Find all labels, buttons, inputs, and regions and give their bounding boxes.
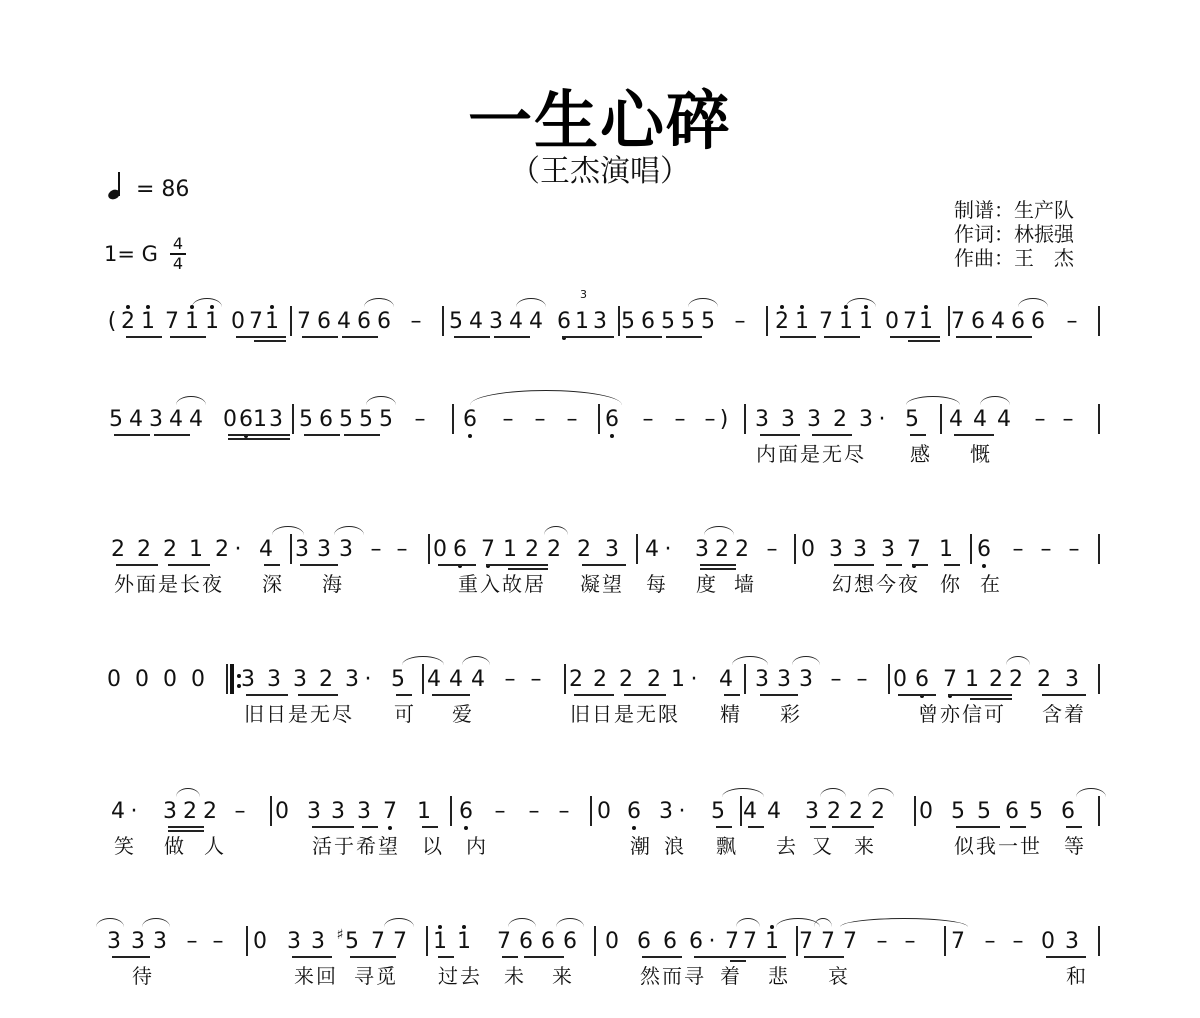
note: 3 (106, 929, 122, 955)
beam-underline (298, 694, 338, 696)
time-signature-bottom: 4 (170, 256, 186, 272)
note: 2 (202, 799, 218, 825)
note: 6 (318, 407, 334, 433)
note: 4 (128, 407, 144, 433)
dash-extension: – (828, 667, 844, 693)
note: 7 (296, 309, 312, 335)
beam-underline (432, 694, 470, 696)
note: 3 (162, 799, 178, 825)
note: 5 (904, 407, 920, 433)
note: 3 (828, 537, 844, 563)
dash-extension: – (1064, 309, 1080, 335)
beam-underline (944, 564, 960, 566)
barline (1098, 306, 1100, 336)
note: 1 (184, 309, 200, 335)
note: 4 (948, 407, 964, 433)
repeat-start-barline (230, 664, 234, 694)
tempo-marking: = 86 (108, 172, 189, 202)
note: 6 (1010, 309, 1026, 335)
note: 0 (274, 799, 290, 825)
lyric-text: 未 (504, 964, 526, 988)
beam-underline (302, 336, 338, 338)
dash-extension: – (502, 667, 518, 693)
note: 3 (130, 929, 146, 955)
note: 1 (188, 537, 204, 563)
tie-slur (556, 918, 584, 927)
tie-slur (1018, 298, 1048, 307)
barline (594, 926, 596, 956)
beam-underline (168, 830, 204, 832)
note: 3 (858, 407, 874, 433)
barline (948, 306, 950, 336)
note: 6 (976, 537, 992, 563)
note: 3 (754, 407, 770, 433)
lyric-text: 然而寻 (640, 964, 706, 988)
lyric-text: 彩 (780, 702, 802, 726)
note: 4 (258, 537, 274, 563)
dash-extension: – (902, 929, 918, 955)
note: 1 (858, 309, 874, 335)
barline (590, 796, 592, 826)
barline (598, 404, 600, 434)
note: 1 (456, 929, 472, 955)
tie-slur (544, 526, 568, 535)
barline (1098, 404, 1100, 434)
barline (290, 306, 292, 336)
note: 6 (356, 309, 372, 335)
dash-extension: – (532, 407, 548, 433)
key-signature: 1= G (104, 242, 158, 266)
lyric-text: 人 (204, 834, 226, 858)
note: 3 (804, 799, 820, 825)
note: 2 (832, 407, 848, 433)
beam-underline (834, 564, 874, 566)
beam-underline (362, 826, 378, 828)
barline (564, 664, 566, 694)
note: 1 (794, 309, 810, 335)
beam-underline (486, 564, 548, 566)
dash-extension: – (184, 929, 200, 955)
note: 4 (470, 667, 486, 693)
beam-underline (438, 564, 476, 566)
lyric-text: 和 (1066, 964, 1088, 988)
note: 4 (990, 309, 1006, 335)
lyric-text: 内面是无尽 (756, 442, 866, 466)
lyric-text: 外面是长夜 (114, 572, 224, 596)
note: 5 (358, 407, 374, 433)
note: 2 (734, 537, 750, 563)
dash-extension: – (672, 407, 688, 433)
note: 5 (620, 309, 636, 335)
note: 5 (680, 309, 696, 335)
tie-slur (1006, 656, 1030, 665)
beam-underline (254, 340, 286, 342)
note: 1 (204, 309, 220, 335)
tie-slur (96, 918, 124, 927)
beam-underline (494, 336, 530, 338)
music-score-sheet: 一生心碎 （王杰演唱） = 86 1= G 4 4 制谱：生产队 作词：林振强 … (0, 0, 1200, 1018)
beam-underline (524, 956, 564, 958)
beam-underline (112, 956, 150, 958)
note: 3 (286, 929, 302, 955)
dash-extension: – (982, 929, 998, 955)
note: 4 (718, 667, 734, 693)
dash-extension: – (394, 537, 410, 563)
note: 1 (416, 799, 432, 825)
dot-augmentation: · (686, 667, 702, 693)
note: 4 (448, 667, 464, 693)
tie-slur (906, 396, 960, 405)
lyric-text: 旧日是无限 (570, 702, 680, 726)
note: 0 (106, 667, 122, 693)
dash-extension: – (1010, 929, 1026, 955)
note: 3 (294, 537, 310, 563)
note: 3 (852, 537, 868, 563)
barline (450, 796, 452, 826)
tie-slur (176, 788, 200, 797)
tie-slur (176, 396, 206, 405)
dash-extension: – (412, 407, 428, 433)
note: 5 (448, 309, 464, 335)
note: 1 (140, 309, 156, 335)
tie-slur (402, 656, 444, 665)
note: 7 (248, 309, 264, 335)
lyric-text: 精 (720, 702, 742, 726)
note: 5 (344, 929, 360, 955)
dash-extension: – (1060, 407, 1076, 433)
note: 5 (1028, 799, 1044, 825)
note: 7 (742, 929, 758, 955)
note: 0 (1040, 929, 1056, 955)
beam-underline (312, 826, 354, 828)
lyric-text: 凝望 (580, 572, 624, 596)
tie-slur (192, 298, 222, 307)
lyric-text: 哀 (828, 964, 850, 988)
note: 7 (902, 309, 918, 335)
barline (970, 534, 972, 564)
dash-extension: – (1038, 537, 1054, 563)
note: 6 (688, 929, 704, 955)
dash-extension: – (526, 799, 542, 825)
note: 4 (528, 309, 544, 335)
note: 6 (540, 929, 556, 955)
credit-composer: 作曲：王 杰 (954, 246, 1074, 270)
beam-underline (748, 826, 764, 828)
dot-augmentation: · (704, 929, 720, 955)
beam-underline (246, 694, 288, 696)
beam-underline (228, 434, 290, 436)
tie-slur (732, 656, 768, 665)
quarter-note-icon (108, 172, 122, 202)
note: 0 (432, 537, 448, 563)
beam-underline (780, 336, 816, 338)
beam-underline (804, 956, 844, 958)
note: 0 (230, 309, 246, 335)
note: 7 (724, 929, 740, 955)
tie-slur (792, 656, 820, 665)
note: 6 (1060, 799, 1076, 825)
tie-slur (334, 526, 364, 535)
beam-underline (1066, 826, 1082, 828)
dash-extension: – (500, 407, 516, 433)
note: 2 (774, 309, 790, 335)
note: 0 (596, 799, 612, 825)
note: 1 (838, 309, 854, 335)
note: ) (716, 407, 732, 433)
note: 3 (488, 309, 504, 335)
beam-underline (344, 434, 380, 436)
barline (1098, 534, 1100, 564)
barline (1098, 926, 1100, 956)
note: 7 (842, 929, 858, 955)
note: 3 (240, 667, 256, 693)
dot-augmentation: · (230, 537, 246, 563)
barline (744, 664, 746, 694)
note: 6 (1030, 309, 1046, 335)
note: 0 (884, 309, 900, 335)
dash-extension: – (874, 929, 890, 955)
note: 3 (148, 407, 164, 433)
note: 7 (820, 929, 836, 955)
note: 3 (268, 407, 284, 433)
lyric-text: 在 (980, 572, 1002, 596)
lyric-text: 来 (854, 834, 876, 858)
note: 2 (120, 309, 136, 335)
note: 2 (870, 799, 886, 825)
barline (226, 664, 228, 694)
beam-underline (582, 564, 626, 566)
note: 5 (660, 309, 676, 335)
tie-slur (516, 298, 546, 307)
tie-slur (722, 788, 764, 797)
barline (292, 404, 294, 434)
note: 3 (266, 667, 282, 693)
note: 3 (1064, 929, 1080, 955)
note: 1 (918, 309, 934, 335)
dash-extension: – (528, 667, 544, 693)
note: 6 (604, 407, 620, 433)
lyric-text: 活于希望 (312, 834, 400, 858)
tie-slur (462, 656, 490, 665)
tie-slur (814, 918, 832, 927)
lyric-text: 可 (394, 702, 416, 726)
tie-slur (470, 390, 622, 405)
note: 6 (626, 799, 642, 825)
note: 0 (162, 667, 178, 693)
barline (246, 926, 248, 956)
dash-extension: – (1032, 407, 1048, 433)
note: 1 (252, 407, 268, 433)
dash-extension: – (368, 537, 384, 563)
beam-underline (760, 694, 798, 696)
note: 4 (426, 667, 442, 693)
time-signature-top: 4 (170, 236, 186, 252)
note: ( (104, 309, 120, 335)
lyric-text: 寻觅 (354, 964, 398, 988)
note: 0 (604, 929, 620, 955)
beam-underline (810, 826, 826, 828)
dash-extension: – (408, 309, 424, 335)
barline (744, 404, 746, 434)
note: 5 (108, 407, 124, 433)
lyric-text: 浪 (664, 834, 686, 858)
dash-extension: – (556, 799, 572, 825)
note: 3 (152, 929, 168, 955)
repeat-dot (237, 674, 241, 678)
tie-slur (364, 298, 394, 307)
note: 7 (950, 309, 966, 335)
note: 6 (458, 799, 474, 825)
note: 6 (452, 537, 468, 563)
beam-underline (832, 826, 874, 828)
note: 2 (576, 537, 592, 563)
note: 5 (710, 799, 726, 825)
note: 7 (496, 929, 512, 955)
dot-augmentation: · (874, 407, 890, 433)
lyric-text: 含着 (1042, 702, 1086, 726)
note: 7 (906, 537, 922, 563)
lyric-text: 爱 (452, 702, 474, 726)
barline (422, 664, 424, 694)
barline (940, 404, 942, 434)
note: 3 (592, 309, 608, 335)
note: 6 (556, 309, 572, 335)
dash-extension: – (1010, 537, 1026, 563)
note: 1 (764, 929, 780, 955)
lyric-text: 重入故居 (458, 572, 546, 596)
note: 3 (604, 537, 620, 563)
barline (914, 796, 916, 826)
note: 2 (646, 667, 662, 693)
note: 2 (618, 667, 634, 693)
tie-slur (980, 396, 1010, 405)
lyric-text: 悲 (768, 964, 790, 988)
dash-extension: – (854, 667, 870, 693)
lyric-text: 海 (322, 572, 344, 596)
note: 0 (134, 667, 150, 693)
beam-underline (760, 434, 800, 436)
note: 6 (462, 407, 478, 433)
note: 6 (1004, 799, 1020, 825)
beam-underline (996, 336, 1032, 338)
tie-slur (840, 918, 968, 927)
barline (1098, 796, 1100, 826)
note: 3 (658, 799, 674, 825)
note: 2 (1036, 667, 1052, 693)
beam-underline (886, 564, 902, 566)
note: 5 (298, 407, 314, 433)
note: 4 (168, 407, 184, 433)
note: 2 (592, 667, 608, 693)
lyric-text: 以 (422, 834, 444, 858)
lyric-text: 笑 (114, 834, 136, 858)
repeat-dot (237, 684, 241, 688)
note: 5 (378, 407, 394, 433)
note: 3 (344, 667, 360, 693)
lyric-text: 等 (1064, 834, 1086, 858)
note: 2 (546, 537, 562, 563)
dot-augmentation: · (360, 667, 376, 693)
lyric-text: 曾亦信可 (918, 702, 1006, 726)
tempo-value: = 86 (136, 177, 189, 202)
note: 3 (694, 537, 710, 563)
lyric-text: 你 (940, 572, 962, 596)
lyric-text: 慨 (970, 442, 992, 466)
beam-underline (508, 568, 548, 570)
barline (794, 534, 796, 564)
note: 2 (848, 799, 864, 825)
beam-underline (1042, 694, 1086, 696)
barline (944, 926, 946, 956)
beam-underline (642, 956, 682, 958)
note: 1 (502, 537, 518, 563)
lyric-text: 来回 (294, 964, 338, 988)
note: 4 (996, 407, 1012, 433)
beam-underline (300, 564, 338, 566)
note: 4 (468, 309, 484, 335)
beam-underline (700, 568, 736, 570)
note: 3 (316, 537, 332, 563)
note: 3 (330, 799, 346, 825)
tie-slur (868, 788, 894, 797)
note: 6 (518, 929, 534, 955)
barline (636, 534, 638, 564)
note: 1 (670, 667, 686, 693)
note: 3 (310, 929, 326, 955)
beam-underline (730, 960, 746, 962)
note: 3 (338, 537, 354, 563)
tie-slur (142, 918, 170, 927)
barline (452, 404, 454, 434)
barline (428, 534, 430, 564)
lyric-text: 着 (720, 964, 742, 988)
beam-underline (666, 336, 702, 338)
beam-underline (168, 826, 204, 828)
beam-underline (114, 434, 150, 436)
beam-underline (700, 564, 736, 566)
beam-underline (824, 336, 860, 338)
barline (766, 306, 768, 336)
lyric-text: 来 (552, 964, 574, 988)
dash-extension: – (732, 309, 748, 335)
triplet-marker: 3 (580, 288, 587, 301)
note: 3 (798, 667, 814, 693)
beam-underline (812, 434, 852, 436)
beam-underline (438, 956, 454, 958)
dash-extension: – (210, 929, 226, 955)
note: 2 (182, 799, 198, 825)
note: 3 (776, 667, 792, 693)
beam-underline (454, 336, 490, 338)
beam-underline (912, 564, 928, 566)
note: 2 (110, 537, 126, 563)
lyric-text: 旧日是无尽 (244, 702, 354, 726)
dash-extension: – (764, 537, 780, 563)
beam-underline (910, 434, 926, 436)
note: 7 (950, 929, 966, 955)
tie-slur (820, 788, 846, 797)
note: 3 (780, 407, 796, 433)
barline (888, 664, 890, 694)
note: 2 (318, 667, 334, 693)
beam-underline (562, 336, 614, 338)
note: 4 (644, 537, 660, 563)
credits: 制谱：生产队 作词：林振强 作曲：王 杰 (954, 198, 1074, 270)
beam-underline (126, 336, 162, 338)
dash-extension: – (1066, 537, 1082, 563)
note: 7 (382, 799, 398, 825)
tie-slur (508, 918, 536, 927)
